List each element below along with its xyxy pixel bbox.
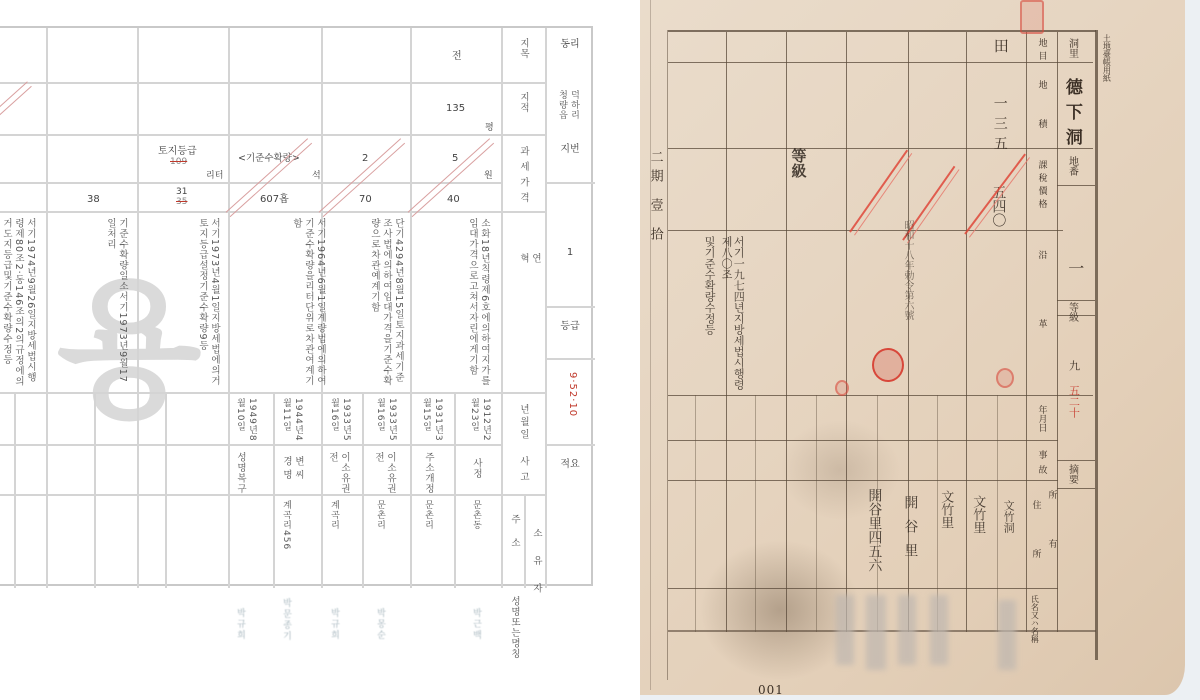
- owner-address: 開谷里四五六: [866, 488, 881, 572]
- owner-label: 所有: [1046, 490, 1055, 588]
- history-entry: 단기4294년8월15일토지과세기준조사법에의하여임대가격을기준수확량으로차관예…: [368, 218, 404, 390]
- history-entry: 서기1974년9월26일지방세법시행령제80조2·동146조의2의규정에의거도지…: [0, 218, 36, 390]
- tax-value-label: 과세가격: [517, 146, 529, 210]
- owner-name-label: 성명또는명칭: [508, 596, 520, 688]
- owner-address-label: 주소: [508, 514, 520, 574]
- jibeon-value: 1: [550, 246, 590, 260]
- owner-address: 문촌동: [470, 500, 482, 540]
- tax-cell-unit: 원: [484, 172, 493, 181]
- jibeon-label: 地番: [1066, 156, 1077, 176]
- transaction-date: 1949년8월10일: [234, 398, 258, 444]
- transaction-date: 1912년2월23일: [468, 398, 492, 444]
- side-tab-text: 二期 壹 拾: [648, 150, 662, 246]
- tax-cell-value: 2: [362, 154, 368, 164]
- transaction-date: 1933년5월16일: [374, 398, 398, 444]
- history-entry: 서기1964년6월1일계량법에의하여기준수확량을리터단위로차관여계기함: [290, 218, 326, 390]
- grade-value: 九: [1068, 360, 1080, 371]
- tax-label: 課稅價格: [1036, 160, 1045, 212]
- tax-cell-value: 70: [359, 195, 372, 205]
- page-number: 001: [758, 683, 784, 697]
- history-label: 연혁: [517, 253, 541, 373]
- form-title: 土地臺帳用紙: [1102, 34, 1110, 82]
- tax-cell-value: 5: [452, 154, 458, 164]
- owner-address: 文竹里: [938, 490, 952, 529]
- event-label: 사고: [517, 456, 529, 496]
- scanned-ledger-page: 二期 壹 拾 土地臺帳用紙 洞里 德下洞 地番 一: [640, 0, 1185, 695]
- name-label: 氏名又ハ名稱: [1030, 595, 1038, 643]
- tax-cell-unit: 석: [312, 172, 321, 181]
- owner-address: 문촌리: [374, 500, 386, 540]
- tax-cell-struck-value: 35: [176, 198, 187, 207]
- jibeon-label: 지번: [550, 143, 590, 157]
- tax-cell-value: 38: [87, 195, 100, 205]
- transaction-event: 사정: [470, 458, 482, 494]
- area-label: 地積: [1036, 80, 1045, 158]
- dong-value: 德下洞: [1062, 78, 1080, 153]
- dongri-label: 동리: [550, 38, 590, 52]
- grade-red-value: 五二十: [1068, 385, 1080, 418]
- transaction-date: 1933년5월16일: [328, 398, 352, 444]
- owner-address: 文竹洞: [1002, 500, 1014, 533]
- transcribed-register-panel: 용 동리 덕하리 청량읍 지번 1 등급 9·52·10: [0, 0, 640, 700]
- jimok-value: 전: [452, 52, 462, 62]
- tax-cell-value: 40: [447, 195, 460, 205]
- jimok-value: 田: [992, 38, 1008, 53]
- tax-cell-value: 607홉: [260, 195, 289, 205]
- history-entry: 기준수확량일소서기1973년9월17일처리: [104, 218, 128, 390]
- date-label: 년월일: [517, 404, 529, 444]
- transaction-event: 변씨경명: [280, 456, 304, 494]
- dong-label: 洞里: [1066, 38, 1077, 58]
- owner-address: 문촌리: [422, 500, 434, 540]
- grade-value: 9·52·10: [566, 372, 578, 442]
- event-label: 事故: [1036, 450, 1045, 480]
- jimok-label: 地目: [1036, 38, 1045, 64]
- jijeok-unit: 평: [485, 124, 494, 133]
- grade-label: 등급: [550, 320, 590, 334]
- owner-label: 소유자: [530, 528, 542, 688]
- jijeok-value: 135: [446, 104, 465, 114]
- area-value: 一三五: [992, 96, 1007, 156]
- history-label: 沿革: [1036, 250, 1045, 388]
- original-scan-panel: 二期 壹 拾 土地臺帳用紙 洞里 德下洞 地番 一: [640, 0, 1200, 700]
- register-table: 동리 덕하리 청량읍 지번 1 등급 9·52·10 적요 지목 지적 과세가격…: [0, 26, 593, 586]
- summary-label: 摘要: [1066, 464, 1077, 484]
- transaction-date: 1944년4월11일: [280, 398, 304, 444]
- transaction-date: 1931년3월15일: [420, 398, 444, 444]
- owner-name-redacted: 박근백: [470, 608, 483, 648]
- history-entry: 소화18년칙령제6호에의하여지가를임대가격으로고쳐서자린에게기함: [466, 218, 490, 390]
- owner-address: 계곡리456: [280, 500, 292, 570]
- owner-name-redacted: 박규희: [234, 608, 247, 648]
- owner-address: 계곡리: [328, 500, 340, 540]
- history-entry: 서기1973년4월1일지방세법에의거토지등급설정기준수확량9등: [196, 218, 220, 390]
- tax-cell-unit: 리터: [206, 172, 223, 181]
- dongri-value: 덕하리 청량읍: [556, 90, 580, 132]
- date-label: 年月日: [1036, 405, 1045, 432]
- remarks-label: 적요: [550, 458, 590, 472]
- transaction-event: 성명복구: [234, 452, 246, 494]
- grade-label: 等級: [1066, 302, 1077, 322]
- transaction-event: 주소개정: [422, 452, 434, 494]
- jibeon-value: 一: [1066, 260, 1083, 276]
- owner-address: 文竹里: [970, 495, 984, 534]
- transaction-event: 이소유권전: [326, 452, 350, 494]
- jimok-label: 지목: [517, 38, 529, 78]
- owner-name-redacted: 박몽순: [374, 608, 387, 648]
- owner-name-redacted: 박문종기: [280, 598, 293, 648]
- jijeok-label: 지적: [517, 92, 529, 132]
- tax-cell-value: 31: [176, 188, 187, 197]
- transaction-event: 이소유권전: [372, 452, 396, 494]
- address-label: 住所: [1030, 500, 1039, 598]
- owner-name-redacted: 박규희: [328, 608, 341, 648]
- owner-address: 開谷里: [902, 495, 917, 567]
- tax-cell-struck-value: 109: [170, 158, 187, 167]
- tax-cell-label: 토지등급: [158, 147, 197, 157]
